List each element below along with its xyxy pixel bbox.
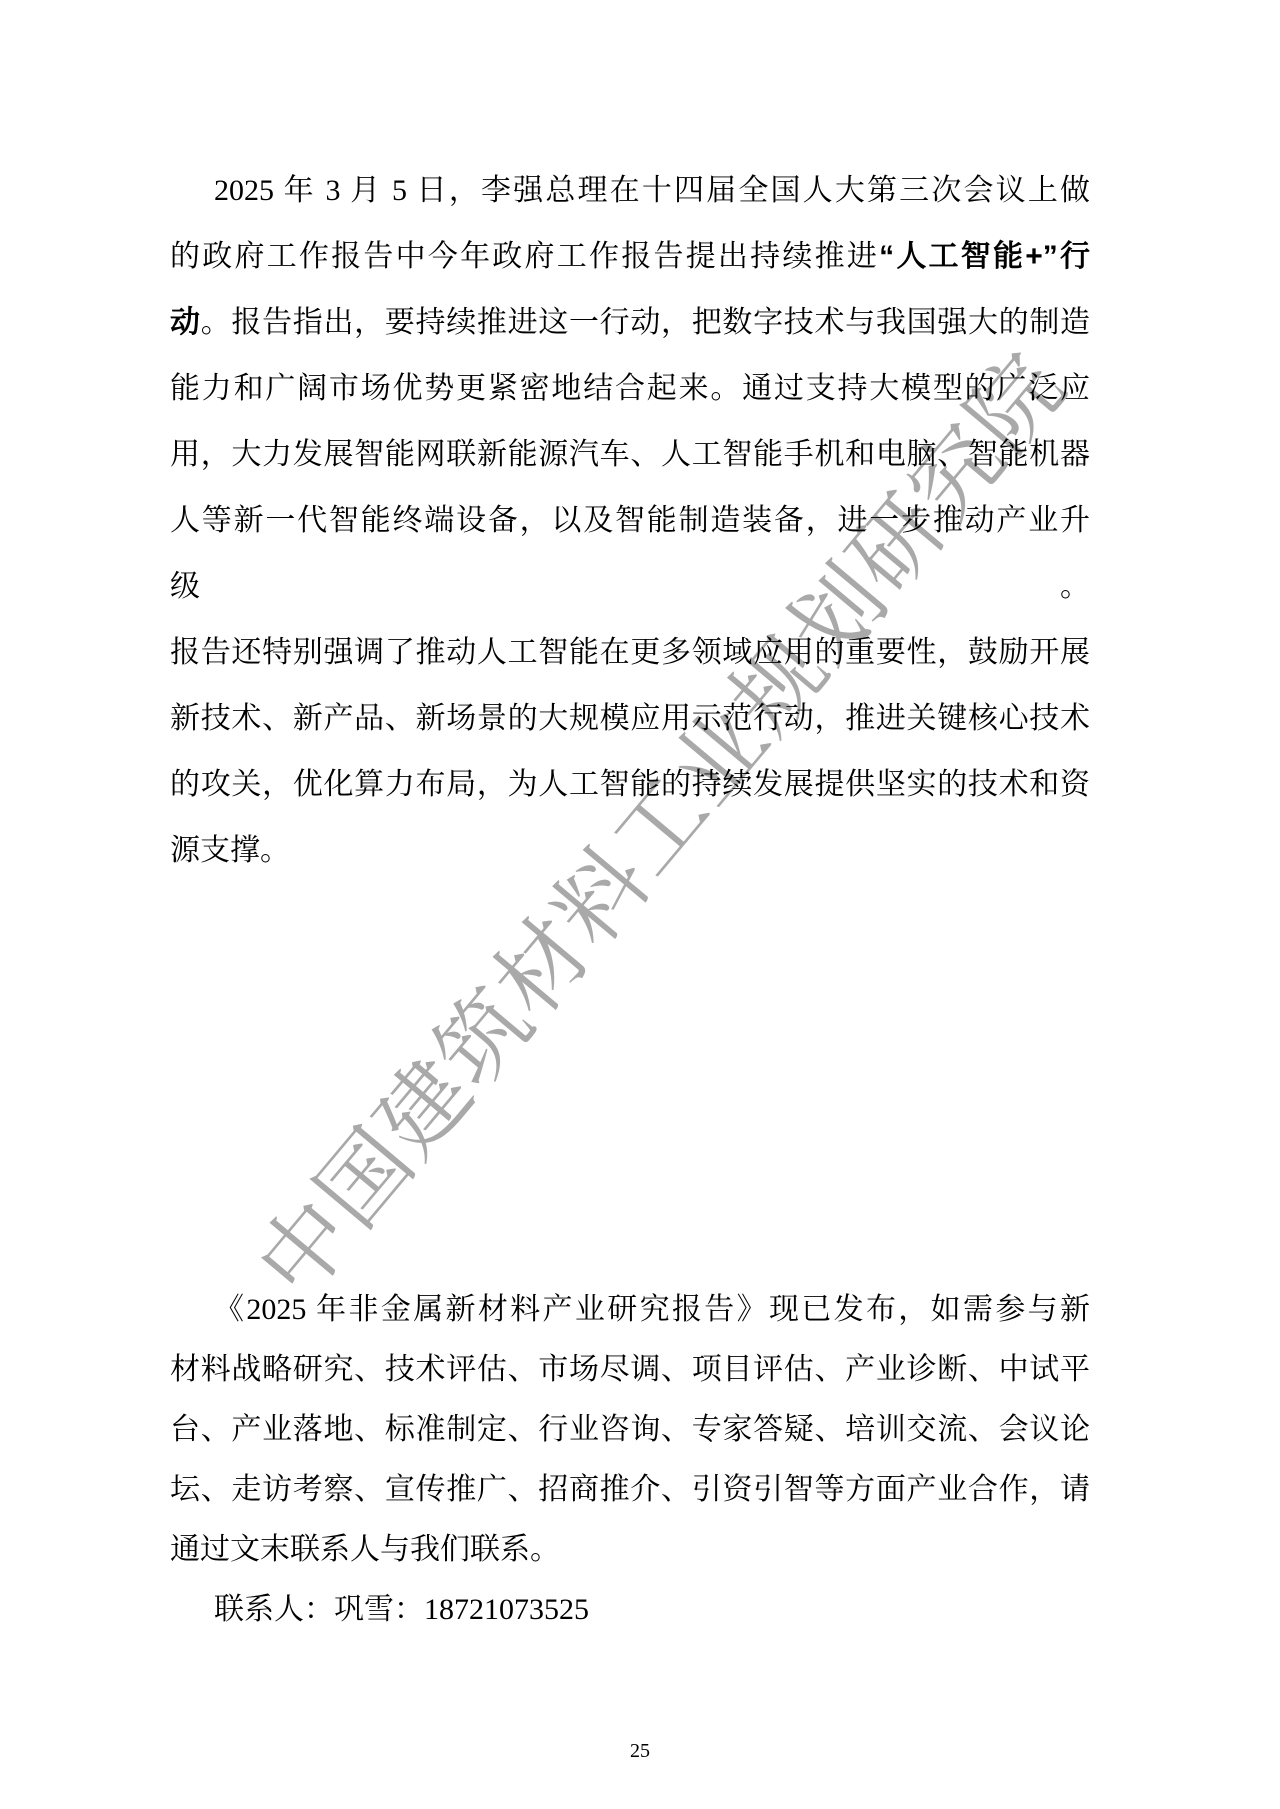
text-line: 坛、走访考察、宣传推广、招商推介、引资引智等方面产业合作，请 bbox=[170, 1460, 1090, 1520]
bold-text-run: “人工智能+”行 bbox=[879, 240, 1090, 273]
text-run: 材料战略研究、技术评估、市场尽调、项目评估、产业诊断、中试平 bbox=[170, 1353, 1090, 1386]
text-line: 能力和广阔市场优势更紧密地结合起来。通过支持大模型的广泛应 bbox=[170, 356, 1090, 422]
text-run: 台、产业落地、标准制定、行业咨询、专家答疑、培训交流、会议论 bbox=[170, 1413, 1090, 1446]
text-run: 新技术、新产品、新场景的大规模应用示范行动，推进关键核心技术 bbox=[170, 702, 1090, 735]
text-run: 通过文末联系人与我们联系。 bbox=[170, 1533, 560, 1566]
text-line: 《2025 年非金属新材料产业研究报告》现已发布，如需参与新 bbox=[170, 1280, 1090, 1340]
page-number: 25 bbox=[0, 1740, 1280, 1763]
text-line: 的政府工作报告中今年政府工作报告提出持续推进“人工智能+”行 bbox=[170, 224, 1090, 290]
text-run: 的政府工作报告中今年政府工作报告提出持续推进 bbox=[170, 240, 879, 273]
paragraph-ai-policy: 2025 年 3 月 5 日，李强总理在十四届全国人大第三次会议上做的政府工作报… bbox=[170, 158, 1090, 884]
text-line: 新技术、新产品、新场景的大规模应用示范行动，推进关键核心技术 bbox=[170, 686, 1090, 752]
text-line: 的攻关，优化算力布局，为人工智能的持续发展提供坚实的技术和资 bbox=[170, 752, 1090, 818]
text-run: 报告还特别强调了推动人工智能在更多领域应用的重要性，鼓励开展 bbox=[170, 636, 1090, 669]
text-line: 用，大力发展智能网联新能源汽车、人工智能手机和电脑、智能机器 bbox=[170, 422, 1090, 488]
text-line: 材料战略研究、技术评估、市场尽调、项目评估、产业诊断、中试平 bbox=[170, 1340, 1090, 1400]
text-run: 《2025 年非金属新材料产业研究报告》现已发布，如需参与新 bbox=[214, 1293, 1090, 1326]
text-line: 报告还特别强调了推动人工智能在更多领域应用的重要性，鼓励开展 bbox=[170, 620, 1090, 686]
text-line: 通过文末联系人与我们联系。 bbox=[170, 1520, 1090, 1580]
text-run: 能力和广阔市场优势更紧密地结合起来。通过支持大模型的广泛应 bbox=[170, 372, 1090, 405]
text-run: 用，大力发展智能网联新能源汽车、人工智能手机和电脑、智能机器 bbox=[170, 438, 1090, 471]
text-line: 2025 年 3 月 5 日，李强总理在十四届全国人大第三次会议上做 bbox=[170, 158, 1090, 224]
text-run: 2025 年 3 月 5 日，李强总理在十四届全国人大第三次会议上做 bbox=[214, 174, 1090, 207]
text-line: 台、产业落地、标准制定、行业咨询、专家答疑、培训交流、会议论 bbox=[170, 1400, 1090, 1460]
paragraph-report-promo: 《2025 年非金属新材料产业研究报告》现已发布，如需参与新材料战略研究、技术评… bbox=[170, 1280, 1090, 1580]
document-page: 中国建筑材料工业规划研究院 2025 年 3 月 5 日，李强总理在十四届全国人… bbox=[0, 0, 1280, 1809]
text-run: 坛、走访考察、宣传推广、招商推介、引资引智等方面产业合作，请 bbox=[170, 1473, 1090, 1506]
text-line: 人等新一代智能终端设备，以及智能制造装备，进一步推动产业升级。 bbox=[170, 488, 1090, 620]
bold-text-run: 动 bbox=[170, 306, 201, 339]
text-run: 的攻关，优化算力布局，为人工智能的持续发展提供坚实的技术和资 bbox=[170, 768, 1090, 801]
text-run: 人等新一代智能终端设备，以及智能制造装备，进一步推动产业升级。 bbox=[170, 504, 1090, 603]
text-line: 动。报告指出，要持续推进这一行动，把数字技术与我国强大的制造 bbox=[170, 290, 1090, 356]
paragraph-contact-info: 联系人：巩雪：18721073525 bbox=[170, 1580, 1090, 1640]
text-run: 。报告指出，要持续推进这一行动，把数字技术与我国强大的制造 bbox=[201, 306, 1090, 339]
text-line: 源支撑。 bbox=[170, 818, 1090, 884]
text-run: 源支撑。 bbox=[170, 834, 290, 867]
text-line: 联系人：巩雪：18721073525 bbox=[170, 1580, 1090, 1640]
text-run: 联系人：巩雪：18721073525 bbox=[214, 1593, 589, 1626]
